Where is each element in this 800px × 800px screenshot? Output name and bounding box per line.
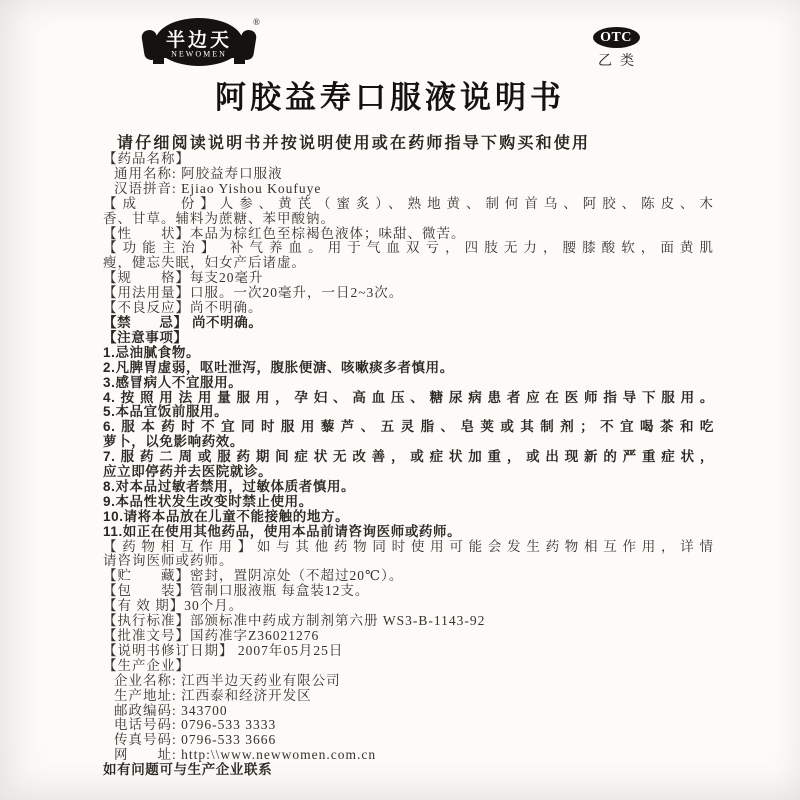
leaflet-line: 应立即停药并去医院就诊。 [103,465,714,480]
leaflet-line: 香、甘草。辅料为蔗糖、苯甲酸钠。 [103,212,714,227]
leaflet-line: 【批准文号】国药准字Z36021276 [103,629,714,644]
leaflet-line: 【成 份】人参、黄芪（蜜炙）、熟地黄、制何首乌、阿胶、陈皮、木 [103,197,714,212]
leaflet-line: 3.感冒病人不宜服用。 [103,376,714,391]
leaflet-line: 【用法用量】口服。一次20毫升，一日2~3次。 [103,286,714,301]
leaflet-line: 6.服本药时不宜同时服用藜芦、五灵脂、皂荚或其制剂；不宜喝茶和吃 [103,420,714,435]
leaflet-line: 【药品名称】 [103,152,714,167]
leaflet-line: 通用名称: 阿胶益寿口服液 [103,167,714,182]
sofa-logo-icon: 半边天 NEWOMEN ® [141,15,267,67]
page-title: 阿胶益寿口服液说明书 [0,72,780,117]
brand-logo: 半边天 NEWOMEN ® [141,15,271,72]
leaflet-line: 7.服药二周或服药期间症状无改善，或症状加重，或出现新的严重症状， [103,450,714,465]
leaflet-line: 【生产企业】 [103,659,714,674]
leaflet-line: 企业名称: 江西半边天药业有限公司 [103,674,714,689]
usage-notice: 请仔细阅读说明书并按说明使用或在药师指导下购买和使用 [117,130,590,153]
leaflet-line: 2.凡脾胃虚弱，呕吐泄泻，腹胀便溏、咳嗽痰多者慎用。 [103,361,714,376]
leaflet-line: 瘦，健忘失眠，妇女产后诸虚。 [103,256,714,271]
otc-oval-icon: OTC [593,27,640,48]
leaflet-line: 【禁 忌】 尚不明确。 [103,316,714,331]
brand-name-text: 半边天 [166,28,232,51]
otc-badge: OTC 乙类 [585,27,647,70]
leaflet-line: 9.本品性状发生改变时禁止使用。 [103,495,714,510]
leaflet-line: 11.如正在使用其他药品，使用本品前请咨询医师或药师。 [103,525,714,540]
otc-category-label: 乙类 [585,50,647,70]
leaflet-line: 10.请将本品放在儿童不能接触的地方。 [103,510,714,525]
leaflet-line: 8.对本品过敏者禁用，过敏体质者慎用。 [103,480,714,495]
leaflet-line: 【说明书修订日期】 2007年05月25日 [103,644,714,659]
leaflet-line: 汉语拼音: Ejiao Yishou Koufuye [103,182,714,197]
leaflet-line: 萝卜，以免影响药效。 [103,435,714,450]
leaflet-line: 如有问题可与生产企业联系 [103,763,714,778]
leaflet-line: 【注意事项】 [103,331,714,346]
leaflet-line: 【有 效 期】30个月。 [103,599,714,614]
registered-trademark-icon: ® [253,17,260,27]
leaflet-line: 1.忌油腻食物。 [103,346,714,361]
leaflet-line: 【规 格】每支20毫升 [103,271,714,286]
leaflet-line: 【不良反应】尚不明确。 [103,301,714,316]
leaflet-body: 【药品名称】通用名称: 阿胶益寿口服液汉语拼音: Ejiao Yishou Ko… [103,152,714,778]
leaflet-page: 半边天 NEWOMEN ® OTC 乙类 阿胶益寿口服液说明书 请仔细阅读说明书… [0,0,800,800]
leaflet-line: 【执行标准】部颁标准中药成方制剂第六册 WS3-B-1143-92 [103,614,714,629]
leaflet-line: 生产地址: 江西泰和经济开发区 [103,689,714,704]
brand-subname-text: NEWOMEN [171,50,227,59]
leaflet-line: 电话号码: 0796-533 3333 [103,718,714,733]
leaflet-line: 【包 装】管制口服液瓶 每盒装12支。 [103,584,714,599]
leaflet-line: 传真号码: 0796-533 3666 [103,733,714,748]
leaflet-line: 网 址: http:\\www.newwomen.com.cn [103,748,714,763]
